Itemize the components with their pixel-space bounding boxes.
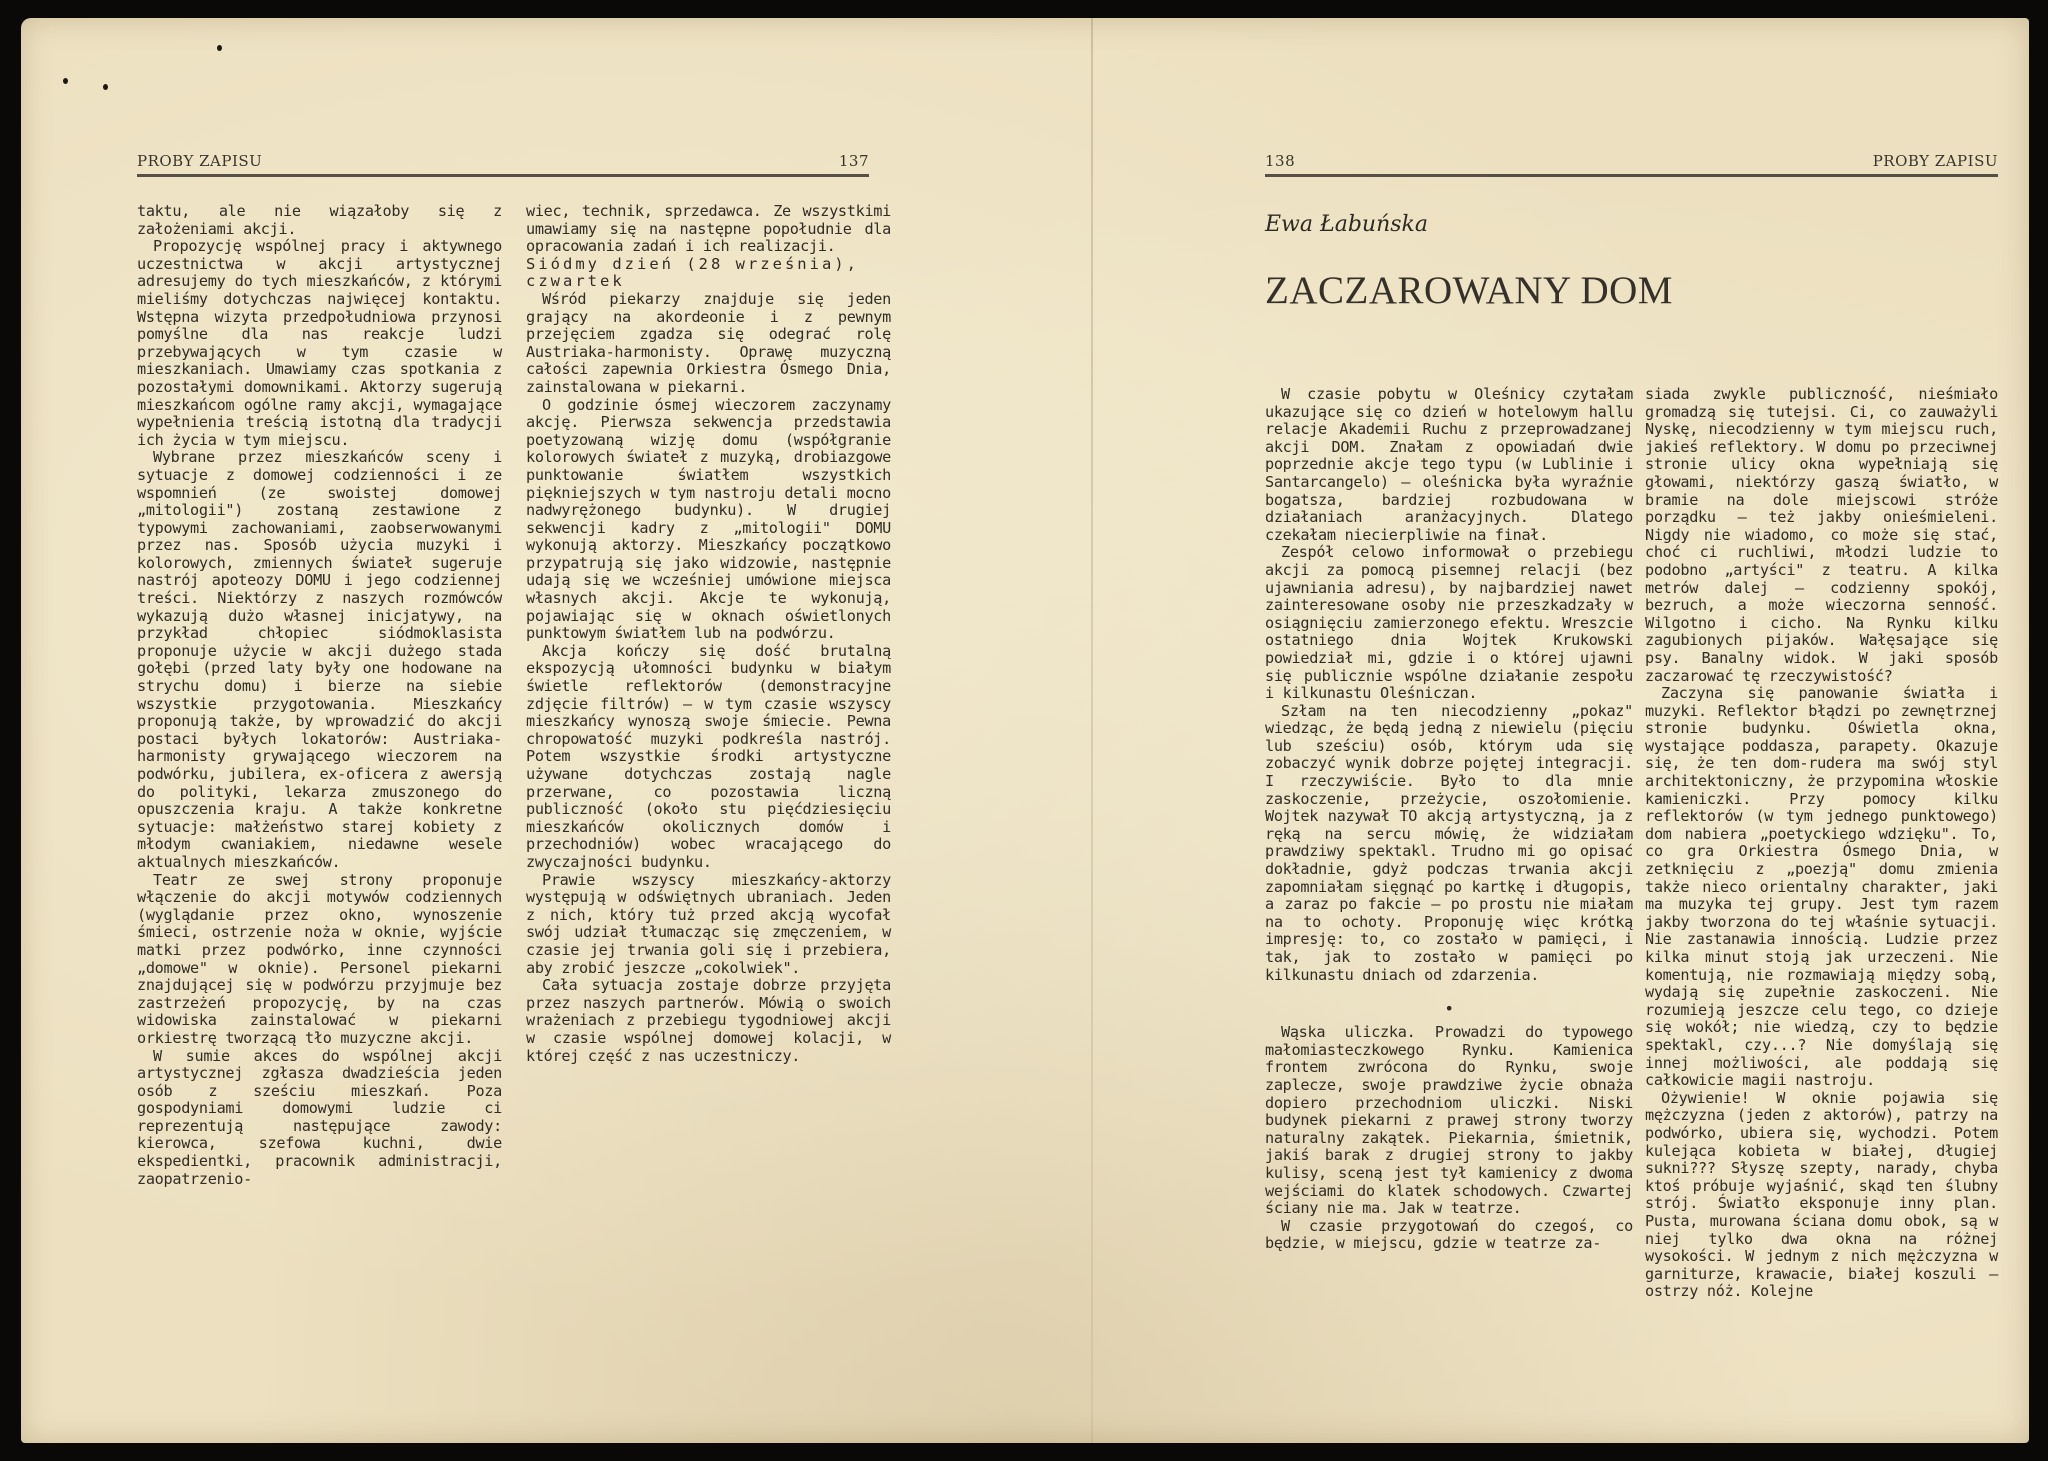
text-column-1: taktu, ale nie wiązałoby się z założenia… [137, 203, 502, 1188]
ink-speck [63, 78, 68, 84]
paragraph: W czasie przygotowań do czegoś, co będzi… [1265, 1218, 1633, 1253]
text-column-2: wiec, technik, sprzedawca. Ze wszystkimi… [526, 203, 891, 1065]
ink-speck [103, 84, 108, 90]
page-number: 137 [839, 152, 869, 170]
running-head: PROBY ZAPISU 137 [137, 134, 869, 174]
page-fold [1091, 18, 1093, 1443]
paragraph: Wybrane przez mieszkańców sceny i sytuac… [137, 449, 502, 871]
paragraph: W czasie pobytu w Oleśnicy czytałam ukaz… [1265, 386, 1633, 544]
header-rule [1265, 174, 1998, 177]
paragraph: wiec, technik, sprzedawca. Ze wszystkimi… [526, 203, 891, 256]
paragraph: Teatr ze swej strony proponuje włączenie… [137, 872, 502, 1048]
text-column-4: siada zwykle publiczność, nieśmiało grom… [1645, 386, 1998, 1301]
paragraph: Prawie wszyscy mieszkańcy-aktorzy występ… [526, 872, 891, 978]
paragraph: taktu, ale nie wiązałoby się z założenia… [137, 203, 502, 238]
running-title: PROBY ZAPISU [137, 152, 262, 170]
paragraph: Wśród piekarzy znajduje się jeden grając… [526, 291, 891, 397]
article-title: ZACZAROWANY DOM [1265, 268, 1673, 313]
paragraph: Ożywienie! W oknie pojawia się mężczyzna… [1645, 1090, 1998, 1301]
paragraph: siada zwykle publiczność, nieśmiało grom… [1645, 386, 1998, 685]
running-title: PROBY ZAPISU [1873, 152, 1998, 170]
paragraph: Zespół celowo informował o przebiegu akc… [1265, 544, 1633, 702]
section-separator-dot: • [1265, 1000, 1633, 1018]
paragraph: Zaczyna się panowanie światła i muzyki. … [1645, 685, 1998, 1090]
paragraph: Akcja kończy się dość brutalną ekspozycj… [526, 643, 891, 872]
section-heading: Siódmy dzień (28 września), czwartek [526, 256, 891, 291]
paragraph: Szłam na ten niecodzienny „pokaz" wiedzą… [1265, 703, 1633, 985]
ink-speck [217, 45, 222, 51]
page-number: 138 [1265, 152, 1295, 170]
paragraph: Cała sytuacja zostaje dobrze przyjęta pr… [526, 977, 891, 1065]
running-head: 138 PROBY ZAPISU [1265, 134, 1998, 174]
article-author: Ewa Łabuńska [1265, 212, 1428, 237]
paragraph: Wąska uliczka. Prowadzi do typowego mało… [1265, 1024, 1633, 1218]
header-rule [137, 174, 869, 177]
paragraph: Propozycję wspólnej pracy i aktywnego uc… [137, 238, 502, 449]
paragraph: W sumie akces do wspólnej akcji artystyc… [137, 1048, 502, 1189]
text-column-3: W czasie pobytu w Oleśnicy czytałam ukaz… [1265, 386, 1633, 1253]
paragraph: O godzinie ósmej wieczorem zaczynamy akc… [526, 397, 891, 643]
